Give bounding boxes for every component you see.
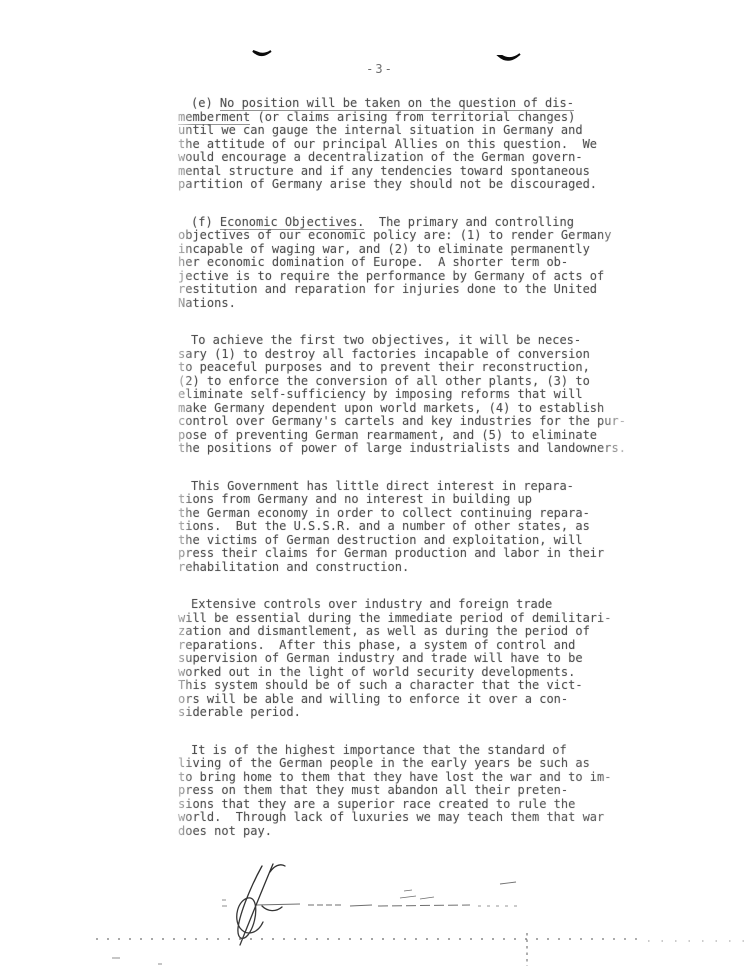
text-line: to peaceful purposes and to prevent thei… [178,361,630,375]
text-line: control over Germany's cartels and key i… [178,415,630,429]
scan-noise-band [96,933,745,966]
text-line: tions from Germany and no interest in bu… [178,493,630,507]
text-line: restitution and reparation for injuries … [178,283,630,297]
page-number: -3- [340,62,420,76]
text-line: the positions of power of large industri… [178,442,630,456]
text-line: to bring home to them that they have los… [178,771,630,785]
text-line: rehabilitation and construction. [178,561,630,575]
text-line: To achieve the first two objectives, it … [178,334,630,348]
text-line: sary (1) to destroy all factories incapa… [178,348,630,362]
text-line: will be essential during the immediate p… [178,612,630,626]
text-line: eliminate self-sufficiency by imposing r… [178,388,630,402]
signature-underline-marks [222,882,520,906]
text-line: It is of the highest importance that the… [178,744,630,758]
text-line: does not pay. [178,825,630,839]
text-line: sions that they are a superior race crea… [178,798,630,812]
text-line: the victims of German destruction and ex… [178,534,630,548]
text-line: objectives of our economic policy are: (… [178,229,630,243]
text-line: worked out in the light of world securit… [178,666,630,680]
text-line: world. Through lack of luxuries we may t… [178,811,630,825]
paragraph-1: (e) No position will be taken on the que… [178,97,630,192]
text-line: (e) No position will be taken on the que… [178,97,630,111]
text-line: ors will be able and willing to enforce … [178,693,630,707]
text-line: This system should be of such a characte… [178,679,630,693]
text-line: Nations. [178,297,630,311]
paragraph-5: Extensive controls over industry and for… [178,598,630,720]
text-line: her economic domination of Europe. A sho… [178,256,630,270]
text-line: This Government has little direct intere… [178,480,630,494]
text-line: jective is to require the performance by… [178,270,630,284]
document-text-body: (e) No position will be taken on the que… [178,97,630,862]
text-line: partition of Germany arise they should n… [178,178,630,192]
text-line: (2) to enforce the conversion of all oth… [178,375,630,389]
text-line: tions. But the U.S.S.R. and a number of … [178,520,630,534]
text-line: make Germany dependent upon world market… [178,402,630,416]
scan-layer: -3- (e) No position will be taken on the… [0,0,750,972]
text-line: zation and dismantlement, as well as dur… [178,625,630,639]
scan-speckle-noise [0,0,1,1]
text-line: until we can gauge the internal situatio… [178,124,630,138]
text-line: (f) Economic Objectives. The primary and… [178,216,630,230]
text-line: would encourage a decentralization of th… [178,151,630,165]
text-line: incapable of waging war, and (2) to elim… [178,243,630,257]
text-line: reparations. After this phase, a system … [178,639,630,653]
signature-scribble [237,864,285,945]
pen-mark-top-right [499,54,520,60]
paragraph-6: It is of the highest importance that the… [178,744,630,839]
text-line: living of the German people in the early… [178,757,630,771]
text-line: supervision of German industry and trade… [178,652,630,666]
text-line: memberment (or claims arising from terri… [178,111,630,125]
text-line: siderable period. [178,706,630,720]
scanned-document-page: -3- (e) No position will be taken on the… [0,0,750,972]
text-line: press on them that they must abandon all… [178,784,630,798]
paragraph-4: This Government has little direct intere… [178,480,630,575]
text-line: the German economy in order to collect c… [178,507,630,521]
pen-mark-top-left [253,51,271,55]
text-line: the attitude of our principal Allies on … [178,138,630,152]
paragraph-2: (f) Economic Objectives. The primary and… [178,216,630,311]
paragraph-3: To achieve the first two objectives, it … [178,334,630,456]
text-line: Extensive controls over industry and for… [178,598,630,612]
text-line: pose of preventing German rearmament, an… [178,429,630,443]
text-line: press their claims for German production… [178,547,630,561]
text-line: mental structure and if any tendencies t… [178,165,630,179]
